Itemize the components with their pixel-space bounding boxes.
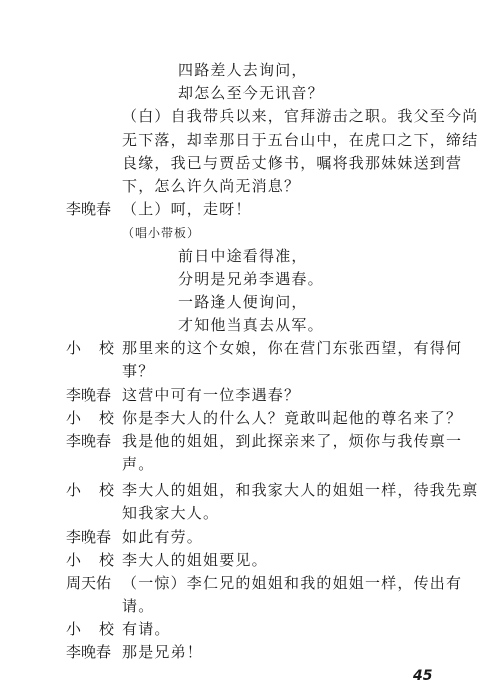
page-number: 45: [413, 668, 432, 684]
dialogue-line: 如此有劳。: [122, 527, 203, 547]
speaker-name: 李晚春: [66, 431, 122, 451]
dialogue-line: 事？: [122, 361, 154, 381]
dialogue-line: 请。: [122, 596, 154, 616]
speaker-name: 小校: [66, 619, 122, 639]
verse-line: 却怎么至今无讯音？: [178, 83, 324, 103]
dialogue-line: （上）呵，走呀！: [122, 199, 252, 219]
speaker-name: 小校: [66, 338, 122, 358]
dialogue-line: （白）自我带兵以来，官拜游击之职。我父至今尚: [122, 106, 440, 126]
dialogue-line: 我是他的姐姐，到此探亲来了，烦你与我传禀一: [122, 431, 440, 451]
dialogue-line: 无下落，却幸那日于五台山中，在虎口之下，缔结: [122, 130, 440, 150]
stage-direction: （唱小带板）: [122, 223, 200, 243]
verse-line: 分明是兄弟李遇春。: [178, 269, 324, 289]
verse-line: 才知他当真去从军。: [178, 315, 324, 335]
dialogue-line: 你是李大人的什么人？竟敢叫起他的尊名来了？: [122, 408, 462, 428]
dialogue-line: 这营中可有一位李遇春？: [122, 385, 300, 405]
dialogue-line: 下，怎么许久尚无消息？: [122, 176, 300, 196]
dialogue-line: 那里来的这个女娘，你在营门东张西望，有得何: [122, 338, 440, 358]
speaker-name: 李晚春: [66, 527, 122, 547]
speaker-name: 周天佑: [66, 573, 122, 593]
print-speck: [74, 487, 76, 489]
book-page: 四路差人去询问， 却怎么至今无讯音？ （白）自我带兵以来，官拜游击之职。我父至今…: [0, 0, 492, 690]
dialogue-line: 有请。: [122, 619, 171, 639]
speaker-name: 小校: [66, 550, 122, 570]
dialogue-line: （一惊）李仁兄的姐姐和我的姐姐一样，传出有: [122, 573, 440, 593]
speaker-name: 李晚春: [66, 642, 122, 662]
speaker-name: 小校: [66, 408, 122, 428]
speaker-name: 李晚春: [66, 385, 122, 405]
speaker-name: 小校: [66, 480, 122, 500]
dialogue-line: 李大人的姐姐，和我家大人的姐姐一样，待我先禀: [122, 480, 440, 500]
speaker-name: 李晚春: [66, 199, 122, 219]
dialogue-line: 声。: [122, 454, 154, 474]
dialogue-line: 良缘，我已与贾岳丈修书，嘱将我那妹妹送到营: [122, 153, 440, 173]
verse-line: 四路差人去询问，: [178, 60, 308, 80]
verse-line: 前日中途看得准，: [178, 246, 308, 266]
dialogue-line: 李大人的姐姐要见。: [122, 550, 268, 570]
verse-line: 一路逢人便询问，: [178, 292, 308, 312]
dialogue-line: 那是兄弟！: [122, 642, 203, 662]
dialogue-line: 知我家大人。: [122, 503, 219, 523]
